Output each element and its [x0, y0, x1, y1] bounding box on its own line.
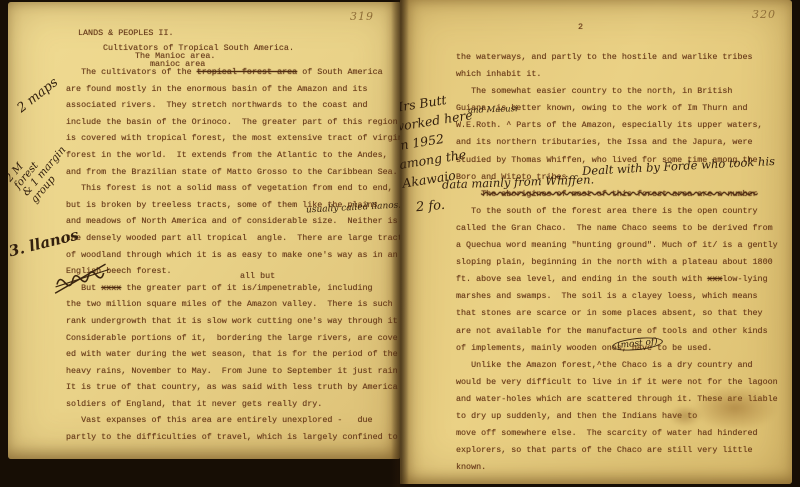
- typed-text-line: It is true of that country, as was said …: [66, 379, 398, 396]
- struck-through-text: The aborigines of most of this forest ar…: [481, 189, 757, 199]
- typed-text-line: Considerable portions of it, bordering t…: [66, 330, 398, 347]
- typed-text-line: The cultivators of the tropical forest a…: [66, 64, 398, 81]
- typed-text-line: the two million square miles of the Amaz…: [66, 296, 398, 313]
- folio-number-left: 319: [350, 10, 374, 23]
- typed-text-line: This forest is not a solid mass of veget…: [66, 180, 398, 197]
- typed-text-line: heavy rains, November to May. From June …: [66, 363, 398, 380]
- text-segment: low-lying: [722, 274, 767, 284]
- struck-through-text: xxx: [707, 274, 722, 284]
- typed-text-line: are found mostly in the enormous basin o…: [66, 81, 398, 98]
- typed-text-line: W.E.Roth. ^ Parts of the Amazon, especia…: [456, 117, 790, 134]
- struck-through-text: tropical forest area: [197, 67, 298, 77]
- typed-text-line: To the south of the forest area there is…: [456, 203, 790, 220]
- typed-text-line: include the basin of the Orinoco. The gr…: [66, 114, 398, 131]
- typed-text-line: would be very difficult to live in if it…: [456, 374, 790, 391]
- handwritten-note-maps: 2 maps: [14, 75, 61, 116]
- typed-text-line: called the Gran Chaco. The name Chaco se…: [456, 220, 790, 237]
- left-page-body-text: The cultivators of the tropical forest a…: [66, 64, 398, 446]
- text-segment: the greater part of it is/impenetrable, …: [121, 283, 372, 293]
- typed-text-line: and from the Brazilian state of Matto Gr…: [66, 164, 398, 181]
- typed-text-line: are not available for the manufacture of…: [456, 323, 790, 340]
- typed-text-line: sloping plain, beginning in the north wi…: [456, 254, 790, 271]
- typed-text-line: associated rivers. They stretch northwar…: [66, 97, 398, 114]
- handwritten-note-fo: 2 fo.: [415, 198, 445, 215]
- text-segment: ft. above sea level, and ending in the s…: [456, 274, 707, 284]
- typed-text-line: is covered with tropical forest, the mos…: [66, 130, 398, 147]
- typed-text-line: that stones are scarce or in some places…: [456, 305, 790, 322]
- typed-text-line: ft. above sea level, and ending in the s…: [456, 271, 790, 288]
- text-segment: The cultivators of the: [66, 67, 197, 77]
- typed-text-line: to dry up suddenly, and then the Indians…: [456, 408, 790, 425]
- typed-text-line: move off somewhere else. The scarcity of…: [456, 425, 790, 442]
- typed-text-line: which inhabit it.: [456, 66, 790, 83]
- typed-text-line: partly to the difficulties of travel, wh…: [66, 429, 398, 446]
- typed-text-line: marshes and swamps. The soil is a clayey…: [456, 288, 790, 305]
- typed-text-line: and meadows of North America and of cons…: [66, 213, 398, 230]
- left-page: 319 LANDS & PEOPLES II. Cultivators of T…: [8, 2, 400, 459]
- page-number: 2: [578, 22, 583, 32]
- typed-text-line: rank undergrowth that it is slow work cu…: [66, 313, 398, 330]
- typed-text-line: forest in the world. It extends from the…: [66, 147, 398, 164]
- typed-text-line: and water-holes which are scattered thro…: [456, 391, 790, 408]
- page-heading: LANDS & PEOPLES II.: [78, 28, 174, 38]
- handwritten-insert-macusi: and Macusi: [468, 104, 518, 116]
- manuscript-photo: 319 LANDS & PEOPLES II. Cultivators of T…: [0, 0, 800, 487]
- typed-text-line: and its northern tributaries, the Issa a…: [456, 134, 790, 151]
- typed-text-line: Unlike the Amazon forest,^the Chaco is a…: [456, 357, 790, 374]
- typed-text-line: known.: [456, 459, 790, 476]
- typed-text-line: Vast expanses of this area are entirely …: [66, 412, 398, 429]
- typed-text-line: The somewhat easier country to the north…: [456, 83, 790, 100]
- typed-text-line: soldiers of England, that it never gets …: [66, 396, 398, 413]
- typed-text-line: the densely wooded part all tropical ang…: [66, 230, 398, 247]
- typed-text-line: ed with water during the wet season, tha…: [66, 346, 398, 363]
- text-segment: of South America: [297, 67, 382, 77]
- folio-number-right: 320: [752, 8, 776, 21]
- typed-text-line: the waterways, and partly to the hostile…: [456, 49, 790, 66]
- typed-text-line: a Quechua word meaning "hunting ground".…: [456, 237, 790, 254]
- typed-text-line: of woodland through which it is as easy …: [66, 247, 398, 264]
- typed-text-line: explorers, so that parts of the Chaco ar…: [456, 442, 790, 459]
- right-page: 320 2 the waterways, and partly to the h…: [400, 0, 792, 484]
